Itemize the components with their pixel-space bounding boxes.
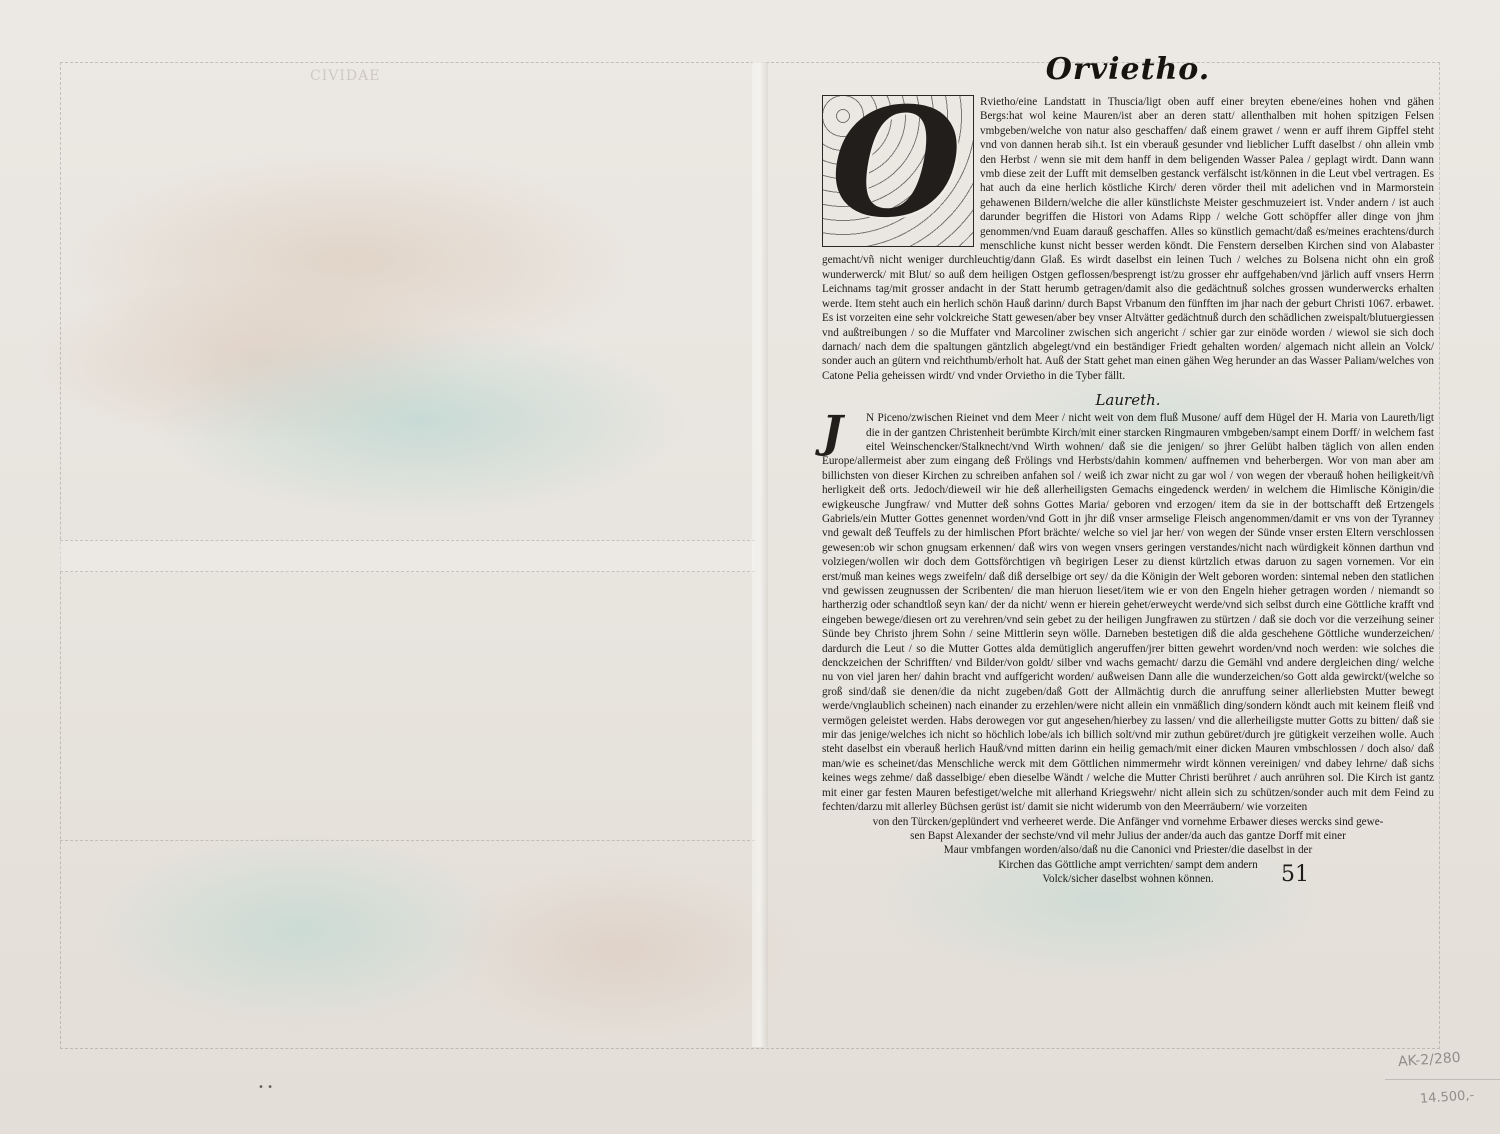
tail-line: von den Türcken/geplündert vnd verheeret… [822, 815, 1434, 829]
heading-orvieto: Orvietho. [822, 52, 1434, 87]
section-loreto: J N Piceno/zwischen Rieinet vnd dem Meer… [822, 411, 1434, 886]
pencil-inventory-number: AK-2/280 [1398, 1050, 1462, 1070]
page-number: 51 [1281, 862, 1309, 887]
center-fold [752, 62, 768, 1047]
margin-mark: • • [258, 1082, 273, 1093]
text-column: Orvietho. O Rvietho/eine Landstatt in Th… [822, 52, 1434, 887]
initial-letter: J [822, 411, 862, 453]
lower-show-through-panel [60, 840, 755, 1046]
tail-line: Volck/sicher daselbst wohnen können. [822, 872, 1434, 886]
loreto-paragraph: N Piceno/zwischen Rieinet vnd dem Meer /… [822, 411, 1434, 814]
tail-line: Maur vmbfangen worden/also/daß nu die Ca… [822, 843, 1434, 857]
tail-line: sen Bapst Alexander der sechste/vnd vil … [822, 829, 1434, 843]
dropcap-letter: O [831, 95, 962, 247]
section-orvieto: O Rvietho/eine Landstatt in Thuscia/ligt… [822, 95, 1434, 383]
paper-sheet: CIVIDAE Orvietho. O Rvietho/eine Landsta… [0, 0, 1500, 1134]
heading-loreto: Laureth. [822, 391, 1434, 409]
pencil-price: 14.500,- [1420, 1088, 1475, 1107]
show-through-title: CIVIDAE [310, 68, 380, 84]
horizontal-fold-seam [60, 540, 755, 572]
pencil-underline [1385, 1079, 1500, 1080]
ornamental-initial-icon: O [822, 95, 974, 247]
tail-line: Kirchen das Göttliche ampt verrichten/ s… [822, 858, 1434, 872]
